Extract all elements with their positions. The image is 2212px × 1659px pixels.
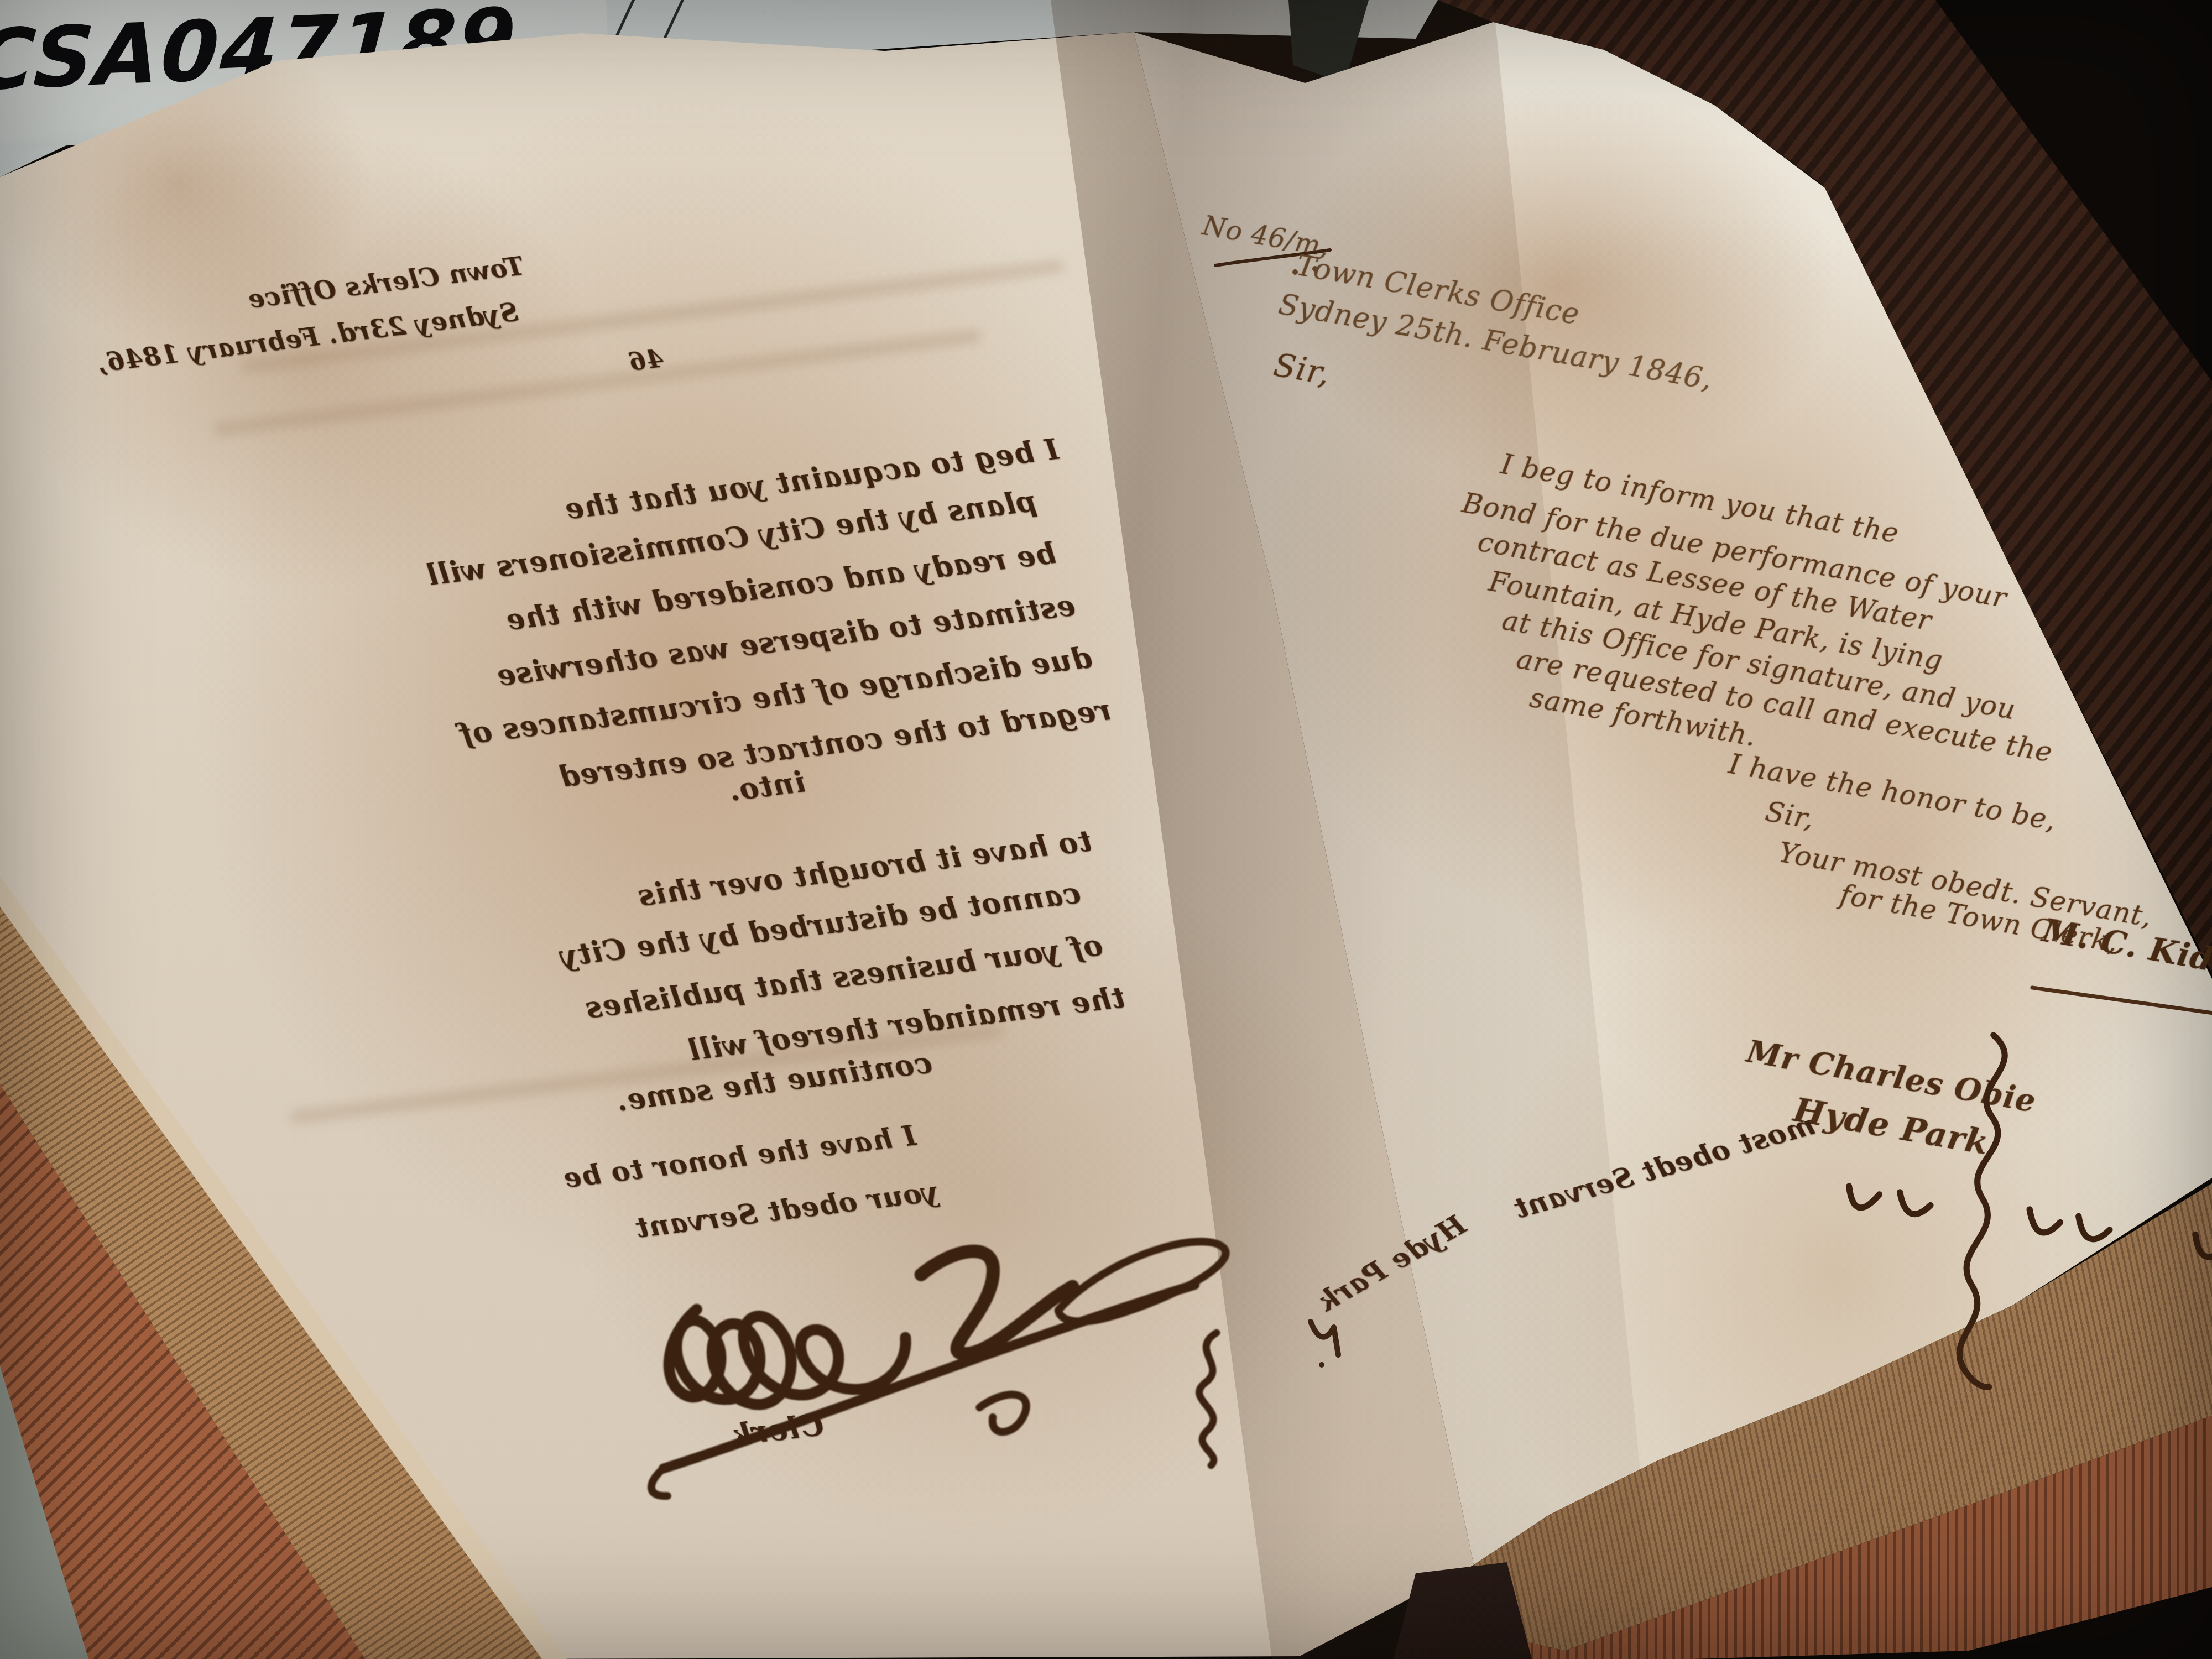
photo-stage: ARC rol Nu 27 nge CSA047189 No 46/m, Tow… bbox=[0, 0, 2212, 1659]
offset-tick-icon bbox=[1300, 1311, 1349, 1371]
offset-curl-squiggle-icon bbox=[1178, 1327, 1244, 1471]
